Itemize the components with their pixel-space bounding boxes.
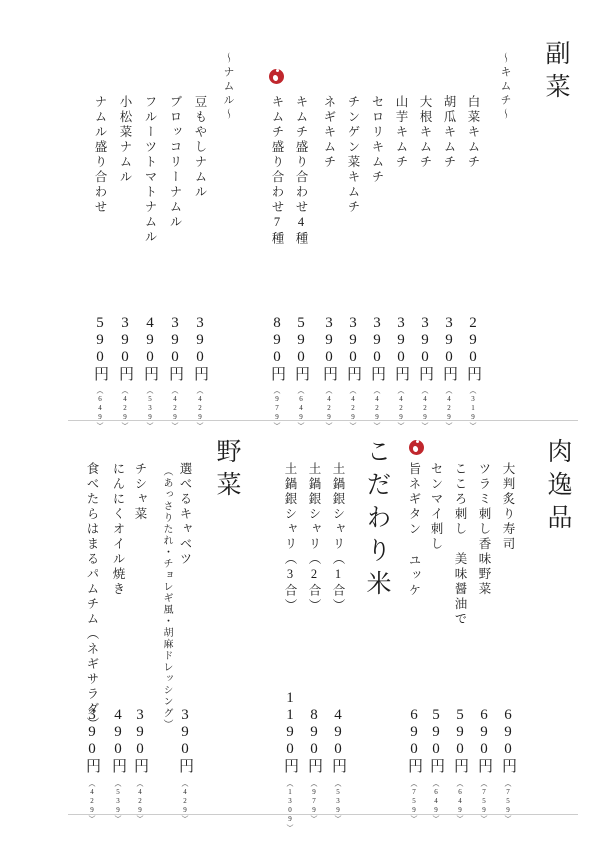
menu-item-name: 土鍋銀シャリ（2合）	[301, 462, 326, 614]
menu-item-price-tax: （979）	[264, 387, 289, 430]
menu-item-price: 690円	[471, 707, 496, 774]
section-title-side-dishes: 副菜	[540, 40, 570, 106]
menu-item-price: 390円	[172, 707, 197, 774]
menu-item-price: 290円	[460, 315, 485, 382]
menu-item-price: 390円	[112, 315, 137, 382]
menu-item-price: 590円	[87, 315, 112, 382]
section-title-rice: こだわり米	[361, 438, 391, 603]
menu-item-price-tax: （759）	[401, 780, 426, 823]
menu-item-price: 890円	[264, 315, 289, 382]
menu-item-price-tax: （649）	[87, 387, 112, 430]
menu-item-price-tax: （429）	[316, 387, 341, 430]
menu-item-name: こころ刺し 美味醤油で	[447, 462, 472, 627]
menu-item-name: ツラミ刺し香味野菜	[471, 462, 496, 597]
menu-item-price: 490円	[137, 315, 162, 382]
menu-item-price-tax: （429）	[436, 387, 461, 430]
menu-item-price-tax: （649）	[288, 387, 313, 430]
menu-item-price-tax: （429）	[364, 387, 389, 430]
menu-item-name: にんにくオイル焼き	[105, 462, 130, 597]
menu-item-price: 390円	[187, 315, 212, 382]
menu-item-price: 590円	[423, 707, 448, 774]
group-header-kimchi: ～キムチ～	[492, 52, 517, 122]
group-header-namul: ～ナムル～	[215, 52, 240, 122]
menu-item-name: 食べたらはまるパムチム（ネギサラダ）	[79, 462, 104, 732]
menu-item-name: キムチ盛り合わせ4種	[288, 95, 313, 247]
menu-page: 副菜 ～キムチ～ 白菜キムチ 290円 （319） 胡瓜キムチ 390円 （42…	[0, 0, 597, 842]
menu-item-price-tax: （649）	[423, 780, 448, 823]
menu-item-name: キムチ盛り合わせ7種	[264, 95, 289, 247]
menu-item-name: 小松菜ナムル	[112, 95, 137, 185]
menu-item-price-tax: （649）	[447, 780, 472, 823]
recommended-icon	[269, 69, 284, 84]
menu-item-price-tax: （429）	[187, 387, 212, 430]
menu-item-price: 390円	[79, 707, 104, 774]
menu-item-name: 豆もやしナムル	[187, 95, 212, 200]
menu-item-name: センマイ刺し	[423, 462, 448, 552]
section-title-meat: 肉逸品	[542, 438, 572, 537]
menu-item-price-tax: （429）	[112, 387, 137, 430]
menu-item-price-tax: （429）	[127, 780, 152, 823]
menu-item-price: 690円	[401, 707, 426, 774]
menu-item-price-tax: （979）	[301, 780, 326, 823]
menu-item-name: 大判炙り寿司	[495, 462, 520, 552]
menu-item-price: 390円	[316, 315, 341, 382]
menu-item-name: ブロッコリーナムル	[162, 95, 187, 230]
menu-item-price: 490円	[105, 707, 130, 774]
menu-item-name: 旨ネギタン ユッケ	[401, 462, 426, 599]
menu-item-price: 390円	[364, 315, 389, 382]
menu-item-price-tax: （759）	[495, 780, 520, 823]
menu-item-price-tax: （429）	[412, 387, 437, 430]
menu-item-name: 白菜キムチ	[460, 95, 485, 170]
menu-item-name: フルーツトマトナムル	[137, 95, 162, 245]
menu-item-price: 490円	[325, 707, 350, 774]
menu-item-price: 390円	[127, 707, 152, 774]
menu-item-price: 390円	[340, 315, 365, 382]
menu-item-price: 390円	[162, 315, 187, 382]
menu-item-price-tax: （759）	[471, 780, 496, 823]
menu-item-price-tax: （539）	[105, 780, 130, 823]
menu-item-name: ナムル盛り合わせ	[87, 95, 112, 215]
menu-item-name: チンゲン菜キムチ	[340, 95, 365, 215]
menu-item-price-tax: （319）	[460, 387, 485, 430]
menu-item-price: 390円	[436, 315, 461, 382]
menu-item-price-tax: （429）	[79, 780, 104, 823]
menu-item-name: チシャ菜	[127, 462, 152, 522]
menu-item-name: ネギキムチ	[316, 95, 341, 170]
menu-item-name: 土鍋銀シャリ（1合）	[325, 462, 350, 614]
section-divider-line	[68, 420, 578, 421]
menu-item-price-tax: （429）	[162, 387, 187, 430]
menu-item-price: 690円	[495, 707, 520, 774]
menu-item-price-tax: （429）	[388, 387, 413, 430]
menu-item-price: 890円	[301, 707, 326, 774]
menu-item-price: 1190円	[277, 690, 302, 774]
menu-item-price: 390円	[388, 315, 413, 382]
menu-item-name: 土鍋銀シャリ（3合）	[277, 462, 302, 614]
section-title-vegetables: 野菜	[211, 438, 241, 504]
menu-item-note: （あっさりたれ・チョレギ風・胡麻ドレッシング）	[153, 466, 178, 731]
menu-item-name: 胡瓜キムチ	[436, 95, 461, 170]
menu-item-price-tax: （429）	[340, 387, 365, 430]
menu-item-name: セロリキムチ	[364, 95, 389, 185]
menu-item-name: 山芋キムチ	[388, 95, 413, 170]
recommended-icon	[409, 440, 424, 455]
menu-item-price-tax: （429）	[172, 780, 197, 823]
menu-item-name: 大根キムチ	[412, 95, 437, 170]
bottom-divider-line	[68, 814, 578, 815]
menu-item-price: 390円	[412, 315, 437, 382]
menu-item-price-tax: （539）	[325, 780, 350, 823]
menu-item-price-tax: （539）	[137, 387, 162, 430]
menu-item-price: 590円	[288, 315, 313, 382]
menu-item-price-tax: （1309）	[277, 780, 302, 832]
menu-item-price: 590円	[447, 707, 472, 774]
